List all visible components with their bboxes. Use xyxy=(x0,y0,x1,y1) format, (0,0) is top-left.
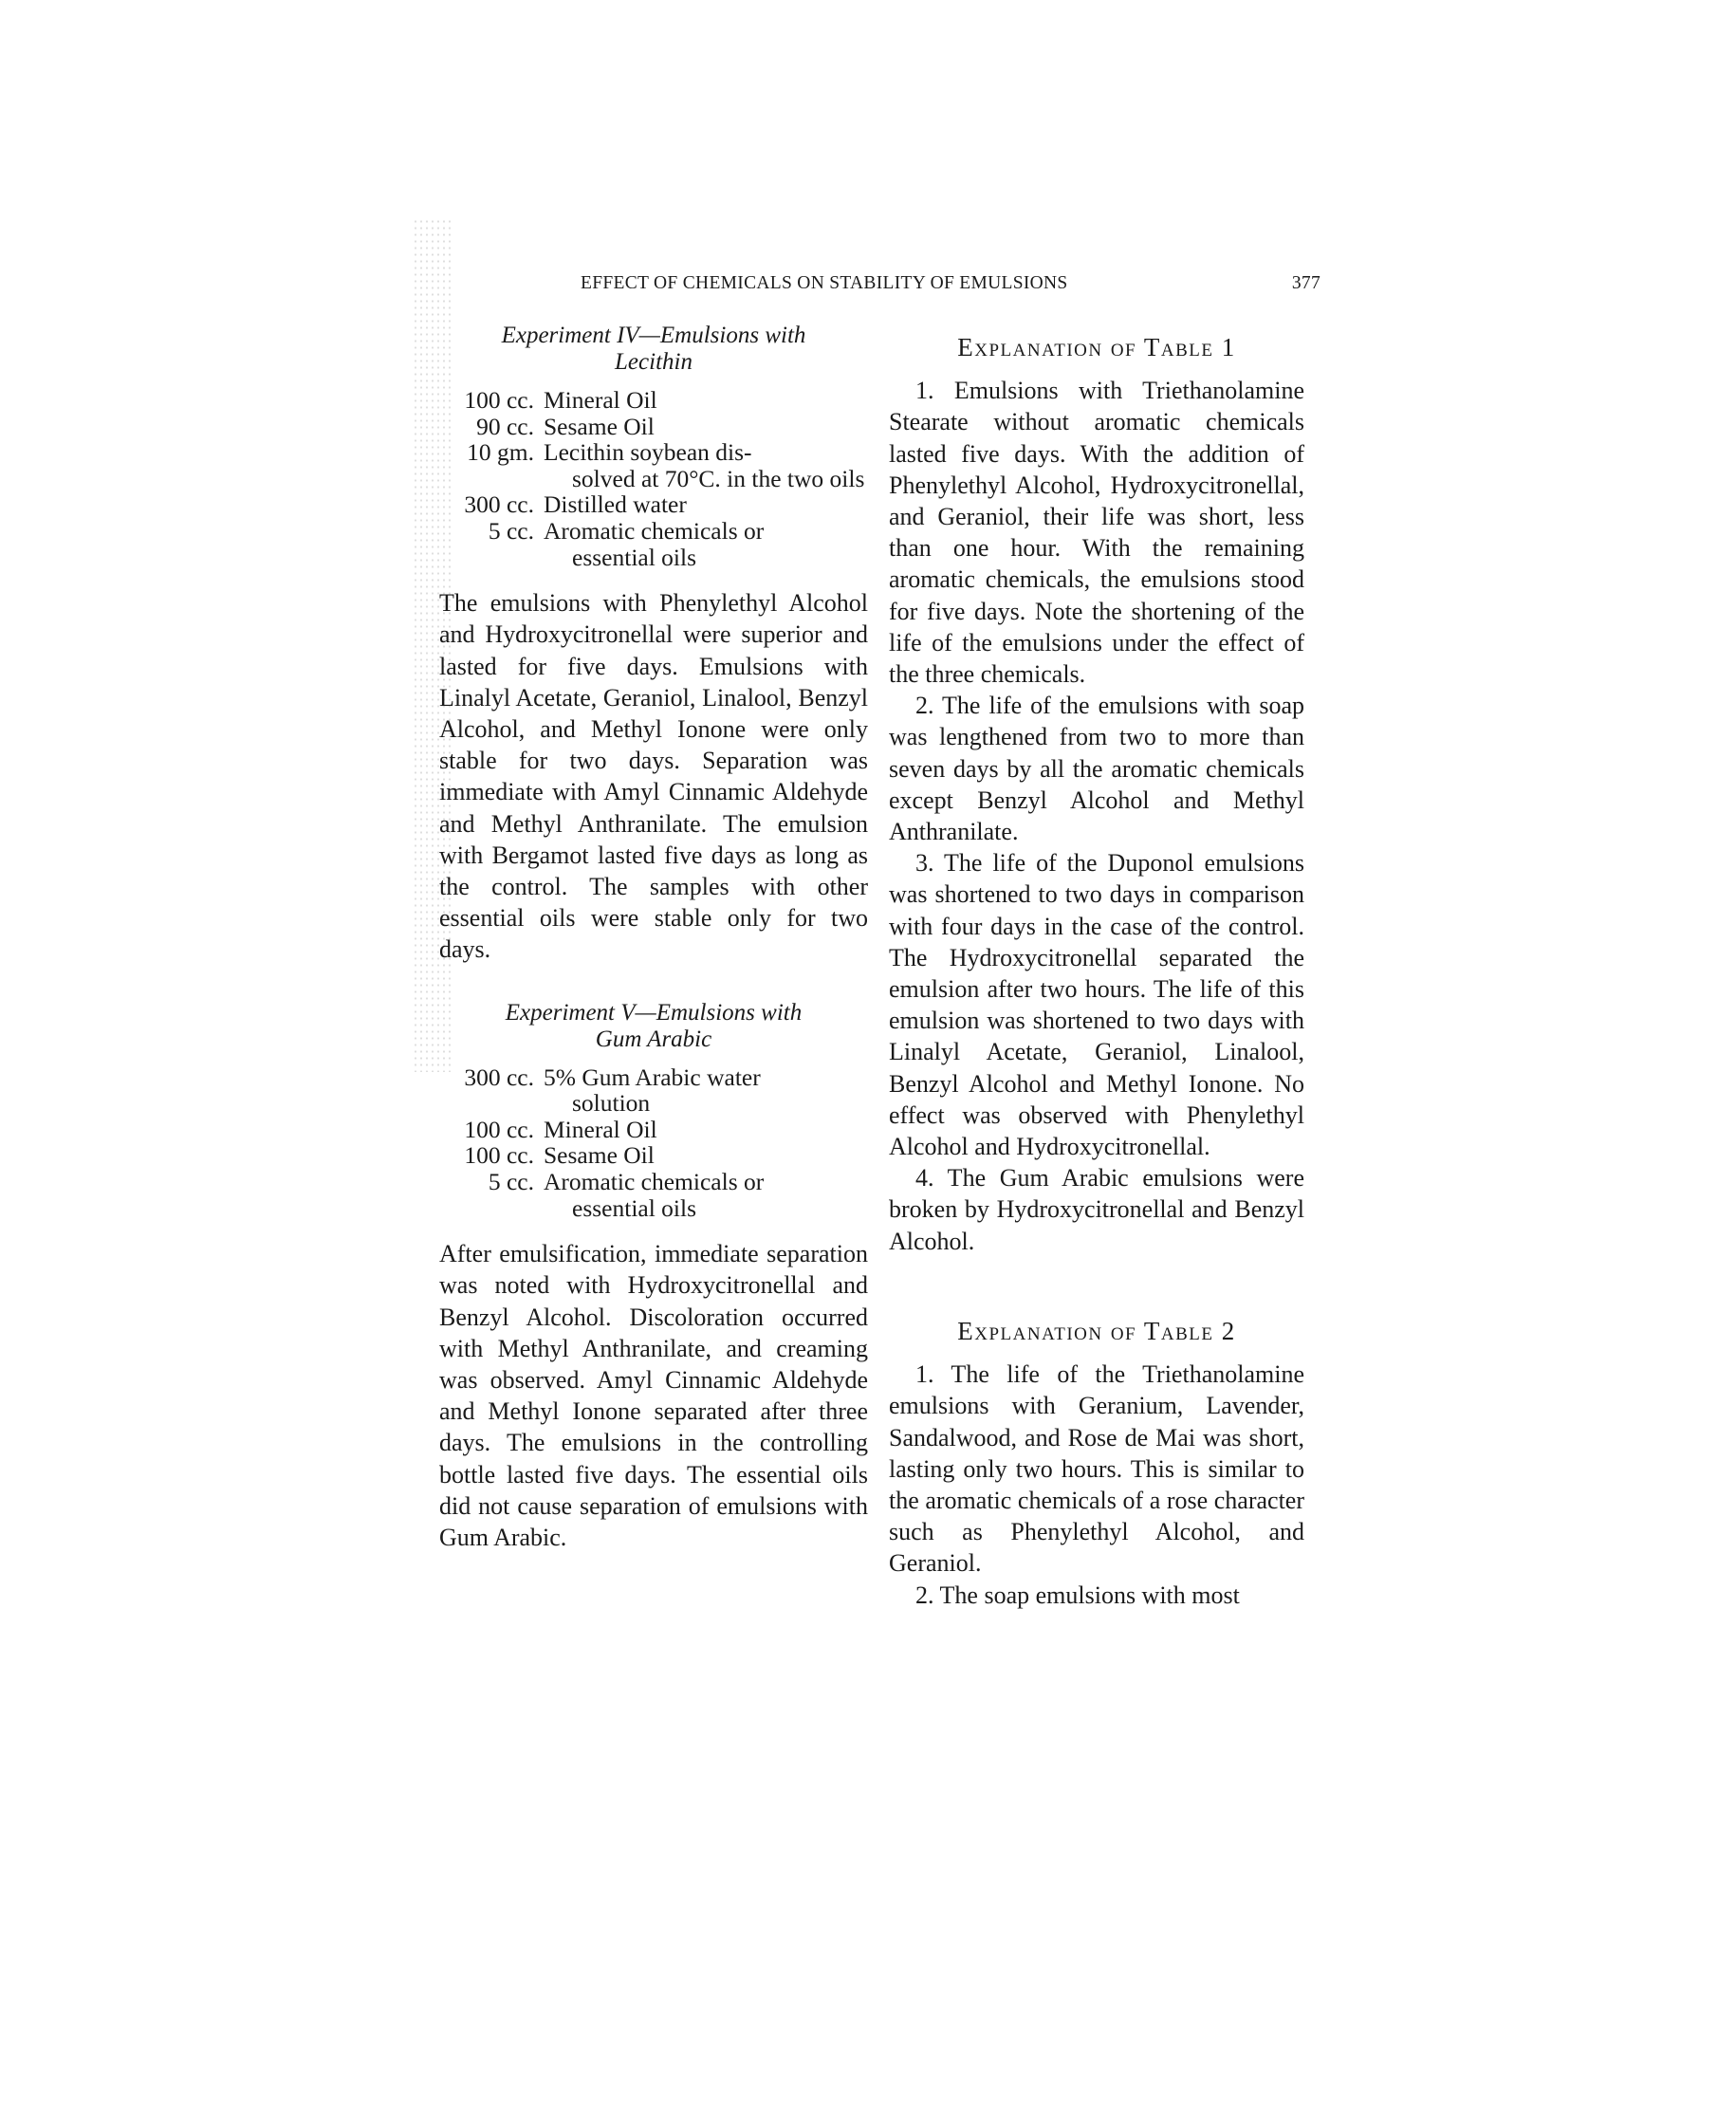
table2-explanation-heading: Explanation of Table 2 xyxy=(889,1316,1304,1347)
recipe-qty: 100 cc. xyxy=(439,1117,544,1143)
recipe-qty: 100 cc. xyxy=(439,387,544,414)
recipe-item: Distilled water xyxy=(544,491,868,518)
table2-item: 2. The soap emulsions with most xyxy=(889,1580,1304,1611)
recipe-item-continuation: solution xyxy=(544,1090,868,1117)
experiment-v-title-line2: Gum Arabic xyxy=(439,1026,868,1053)
recipe-qty: 300 cc. xyxy=(439,491,544,518)
experiment-iv-results: The emulsions with Phenylethyl Alcohol a… xyxy=(439,587,868,965)
recipe-row: 90 cc. Sesame Oil xyxy=(439,414,868,440)
table1-item: 2. The life of the emulsions with soap w… xyxy=(889,690,1304,847)
recipe-qty: 100 cc. xyxy=(439,1142,544,1169)
experiment-iv-title-line1: Experiment IV—Emulsions with xyxy=(439,323,868,349)
recipe-qty: 5 cc. xyxy=(439,518,544,570)
recipe-row: 300 cc. 5% Gum Arabic water solution xyxy=(439,1064,868,1117)
recipe-item: Mineral Oil xyxy=(544,387,868,414)
recipe-row: 10 gm. Lecithin soybean dis- solved at 7… xyxy=(439,439,868,491)
recipe-item: Aromatic chemicals or essential oils xyxy=(544,518,868,570)
recipe-row: 300 cc. Distilled water xyxy=(439,491,868,518)
page-number: 377 xyxy=(1292,273,1320,294)
recipe-item-continuation: solved at 70°C. in the two oils xyxy=(544,466,868,492)
recipe-item-continuation: essential oils xyxy=(544,545,868,571)
right-column: Explanation of Table 1 1. Emulsions with… xyxy=(889,323,1304,1611)
recipe-item: Mineral Oil xyxy=(544,1117,868,1143)
table1-item: 3. The life of the Duponol emulsions was… xyxy=(889,847,1304,1162)
left-column: Experiment IV—Emulsions with Lecithin 10… xyxy=(439,323,868,1587)
recipe-item-text: Distilled water xyxy=(544,490,687,518)
recipe-row: 100 cc. Sesame Oil xyxy=(439,1142,868,1169)
recipe-item-text: Lecithin soybean dis- xyxy=(544,438,752,466)
experiment-iv-title: Experiment IV—Emulsions with Lecithin xyxy=(439,323,868,376)
table1-item: 1. Emulsions with Triethanolamine Steara… xyxy=(889,375,1304,690)
experiment-v-title-line1: Experiment V—Emulsions with xyxy=(439,1000,868,1026)
recipe-item-text: Sesame Oil xyxy=(544,1141,655,1169)
recipe-item: Lecithin soybean dis- solved at 70°C. in… xyxy=(544,439,868,491)
experiment-iv-title-line2: Lecithin xyxy=(439,349,868,376)
recipe-qty: 5 cc. xyxy=(439,1169,544,1221)
experiment-v-recipe: 300 cc. 5% Gum Arabic water solution 100… xyxy=(439,1064,868,1222)
recipe-item: Aromatic chemicals or essential oils xyxy=(544,1169,868,1221)
recipe-item-text: Mineral Oil xyxy=(544,1116,657,1143)
recipe-qty: 300 cc. xyxy=(439,1064,544,1117)
recipe-row: 5 cc. Aromatic chemicals or essential oi… xyxy=(439,1169,868,1221)
recipe-row: 100 cc. Mineral Oil xyxy=(439,387,868,414)
recipe-row: 100 cc. Mineral Oil xyxy=(439,1117,868,1143)
recipe-item-text: Mineral Oil xyxy=(544,386,657,414)
recipe-item: Sesame Oil xyxy=(544,1142,868,1169)
recipe-item: 5% Gum Arabic water solution xyxy=(544,1064,868,1117)
recipe-qty: 10 gm. xyxy=(439,439,544,491)
recipe-qty: 90 cc. xyxy=(439,414,544,440)
recipe-row: 5 cc. Aromatic chemicals or essential oi… xyxy=(439,518,868,570)
experiment-v-title: Experiment V—Emulsions with Gum Arabic xyxy=(439,1000,868,1053)
table1-item: 4. The Gum Arabic emulsions were broken … xyxy=(889,1162,1304,1257)
recipe-item-text: Sesame Oil xyxy=(544,413,655,440)
section-gap xyxy=(889,1257,1304,1306)
table1-explanation-heading: Explanation of Table 1 xyxy=(889,332,1304,363)
recipe-item-text: 5% Gum Arabic water xyxy=(544,1063,761,1091)
recipe-item: Sesame Oil xyxy=(544,414,868,440)
experiment-v-results: After emulsification, immediate separati… xyxy=(439,1238,868,1553)
running-title: EFFECT OF CHEMICALS ON STABILITY OF EMUL… xyxy=(581,273,1068,294)
recipe-item-text: Aromatic chemicals or xyxy=(544,1168,764,1195)
recipe-item-text: Aromatic chemicals or xyxy=(544,517,764,545)
experiment-iv-recipe: 100 cc. Mineral Oil 90 cc. Sesame Oil 10… xyxy=(439,387,868,570)
table2-item: 1. The life of the Triethanolamine emuls… xyxy=(889,1359,1304,1579)
recipe-item-continuation: essential oils xyxy=(544,1195,868,1222)
